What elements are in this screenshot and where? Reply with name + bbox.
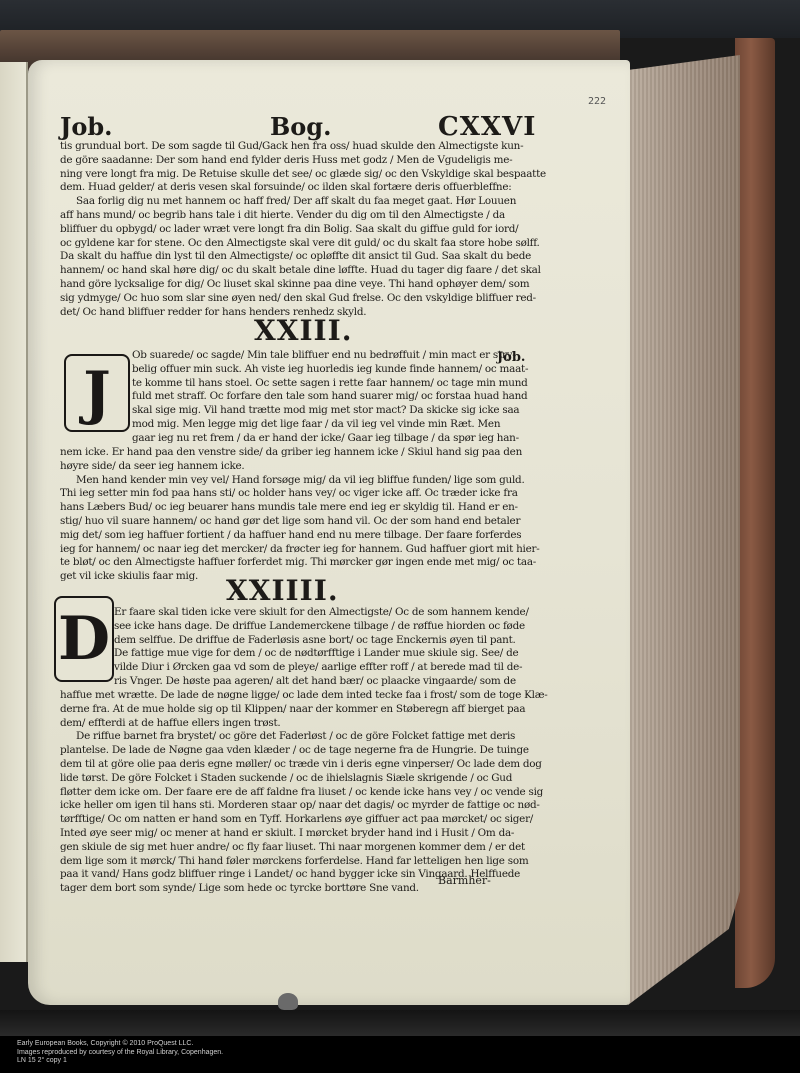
decorated-initial-j: J xyxy=(64,354,130,432)
text-line: dem selffue. De driffue de Faderløsis as… xyxy=(114,634,558,648)
book-binding-right xyxy=(735,38,775,988)
text-block-chapter-24: haffue met wrætte. De lade de nøgne ligg… xyxy=(60,689,558,896)
catchword: Barmher- xyxy=(438,874,491,887)
text-line: see icke hans dage. De driffue Landemerc… xyxy=(114,620,558,634)
text-line: Er faare skal tiden icke vere skiult for… xyxy=(114,606,558,620)
text-line: fuld met straff. Oc forfare den tale som… xyxy=(132,390,558,404)
text-line: gen skiule de sig met huer andre/ oc fly… xyxy=(60,841,558,855)
text-line: høyre side/ da seer ieg hannem icke. xyxy=(60,460,558,474)
text-line: nem icke. Er hand paa den venstre side/ … xyxy=(60,446,558,460)
text-line: Men hand kender min vey vel/ Hand forsøg… xyxy=(60,474,558,488)
facing-page-left xyxy=(0,62,28,962)
text-line: Saa forlig dig nu met hannem oc haff fre… xyxy=(60,195,558,209)
text-line: ning vere longt fra mig. De Retuise skul… xyxy=(60,168,558,182)
text-line: mig det/ som ieg haffuer fortient / da h… xyxy=(60,529,558,543)
decorated-initial-d: D xyxy=(54,596,114,682)
chapter-heading-24: XXIIII. xyxy=(226,574,339,607)
text-line: De riffue barnet fra brystet/ oc göre de… xyxy=(60,730,558,744)
text-line: skal sige mig. Vil hand trætte mod mig m… xyxy=(132,404,558,418)
text-line: dem. Huad gelder/ at deris vesen skal fo… xyxy=(60,181,558,195)
text-line: plantelse. De lade de Nøgne gaa vden klæ… xyxy=(60,744,558,758)
folio-pencil-number: 222 xyxy=(588,96,606,107)
text-line: belig offuer min suck. Ah viste ieg huor… xyxy=(132,363,558,377)
text-line: haffue met wrætte. De lade de nøgne ligg… xyxy=(60,689,558,703)
footer-shelfmark-line: LN 15 2° copy 1 xyxy=(17,1057,800,1066)
text-line: te komme til hans stoel. Oc sette sagen … xyxy=(132,377,558,391)
copyright-footer: Early European Books, Copyright © 2010 P… xyxy=(0,1036,800,1073)
running-head-folio: CXXVI xyxy=(438,112,536,142)
text-block-chapter-22-end: tis grundual bort. De som sagde til Gud/… xyxy=(60,140,558,319)
text-line: mod mig. Men legge mig det lige faar / d… xyxy=(132,418,558,432)
text-line: tørfftige/ Oc om natten er hand som en T… xyxy=(60,813,558,827)
text-block-chapter-23-drop: Ob suarede/ oc sagde/ Min tale bliffuer … xyxy=(132,349,558,446)
footer-copyright-line: Early European Books, Copyright © 2010 P… xyxy=(17,1040,800,1049)
running-head-left: Job. xyxy=(60,112,113,141)
text-line: Inted øye seer mig/ oc mener at hand er … xyxy=(60,827,558,841)
text-line: tis grundual bort. De som sagde til Gud/… xyxy=(60,140,558,154)
text-line: dem/ effterdi at de haffue ellers ingen … xyxy=(60,717,558,731)
text-line: hannem/ oc hand skal høre dig/ oc du ska… xyxy=(60,264,558,278)
text-line: gaar ieg nu ret frem / da er hand der ic… xyxy=(132,432,558,446)
background-bottom xyxy=(0,1010,800,1036)
book-fore-edge xyxy=(628,55,740,1005)
library-stamp-icon xyxy=(278,993,298,1010)
text-block-chapter-23: nem icke. Er hand paa den venstre side/ … xyxy=(60,446,558,584)
text-line: Thi ieg setter min fod paa hans sti/ oc … xyxy=(60,487,558,501)
text-line: te bløt/ oc den Almectigste haffuer forf… xyxy=(60,556,558,570)
text-line: Ob suarede/ oc sagde/ Min tale bliffuer … xyxy=(132,349,558,363)
text-line: sig ydmyge/ Oc huo som slar sine øyen ne… xyxy=(60,292,558,306)
text-line: oc gyldene kar for stene. Oc den Almecti… xyxy=(60,237,558,251)
text-line: Da skalt du haffue din lyst til den Alme… xyxy=(60,250,558,264)
text-line: dem lige som it mørck/ Thi hand føler mø… xyxy=(60,855,558,869)
text-line: ris Vnger. De høste paa ageren/ alt det … xyxy=(114,675,558,689)
text-line: aff hans mund/ oc begrib hans tale i dit… xyxy=(60,209,558,223)
text-line: hans Læbers Bud/ oc ieg beuarer hans mun… xyxy=(60,501,558,515)
text-line: hand göre lycksalige for dig/ Oc liuset … xyxy=(60,278,558,292)
running-head-center: Bog. xyxy=(270,112,331,141)
text-line: lide tørst. De göre Folcket i Staden suc… xyxy=(60,772,558,786)
text-line: dem til at göre olie paa deris egne møll… xyxy=(60,758,558,772)
footer-courtesy-line: Images reproduced by courtesy of the Roy… xyxy=(17,1049,800,1058)
text-line: derne fra. At de mue holde sig op til Kl… xyxy=(60,703,558,717)
text-line: stig/ huo vil suare hannem/ oc hand gør … xyxy=(60,515,558,529)
text-line: icke heller om igen til hans sti. Morder… xyxy=(60,799,558,813)
text-line: bliffuer du opbygd/ oc lader wræt vere l… xyxy=(60,223,558,237)
text-line: fløtter dem icke om. Der faare ere de af… xyxy=(60,786,558,800)
text-line: ieg for hannem/ oc naar ieg det mercker/… xyxy=(60,543,558,557)
text-line: vilde Diur i Ørcken gaa vd som de pleye/… xyxy=(114,661,558,675)
text-line: de göre saadanne: Der som hand end fylde… xyxy=(60,154,558,168)
chapter-heading-23: XXIII. xyxy=(254,314,353,347)
text-block-chapter-24-drop: Er faare skal tiden icke vere skiult for… xyxy=(114,606,558,689)
text-line: De fattige mue vige for dem / oc de nødt… xyxy=(114,647,558,661)
